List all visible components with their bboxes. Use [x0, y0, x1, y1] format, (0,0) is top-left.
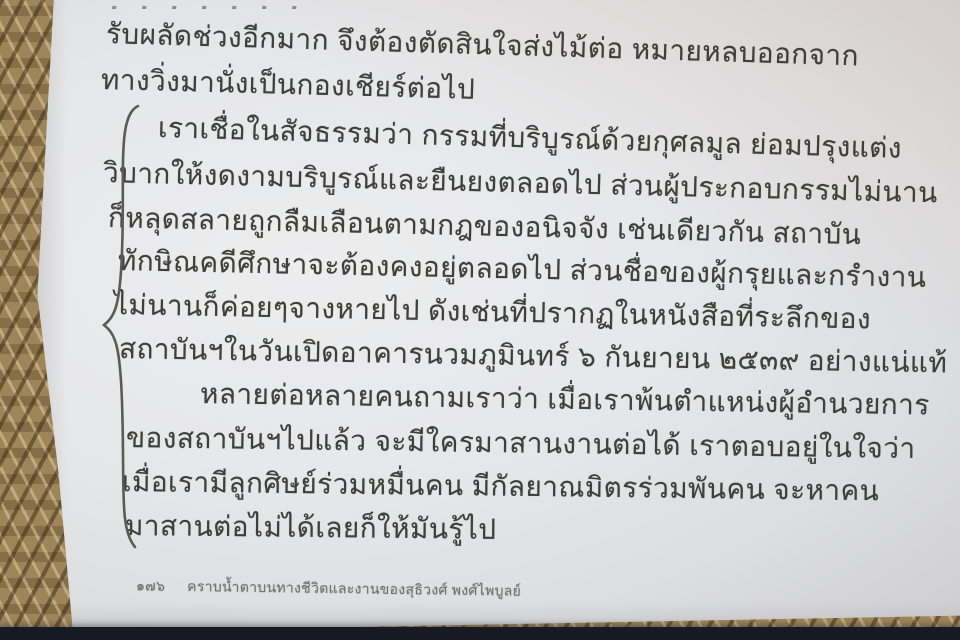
book-page: รับผลัดช่วงอีกมาก จึงต้องตัดสินใจส่งไม้ต… — [0, 0, 960, 640]
page-footer: ๑๗๖คราบน้ำตาบนทางชีวิตและงานของสุธิวงศ์ … — [136, 575, 521, 602]
clipped-text-fragments — [112, 0, 432, 9]
text-line: มาสานต่อไม่ได้เลยก็ให้มันรู้ไป — [125, 504, 497, 552]
page-number: ๑๗๖ — [136, 577, 165, 593]
running-title: คราบน้ำตาบนทางชีวิตและงานของสุธิวงศ์ พงศ… — [187, 578, 521, 599]
curly-brace-icon — [98, 100, 144, 552]
bottom-edge-strip — [0, 627, 960, 640]
text-line: ทางวิ่งมานั่งเป็นกองเชียร์ต่อไป — [100, 58, 475, 112]
